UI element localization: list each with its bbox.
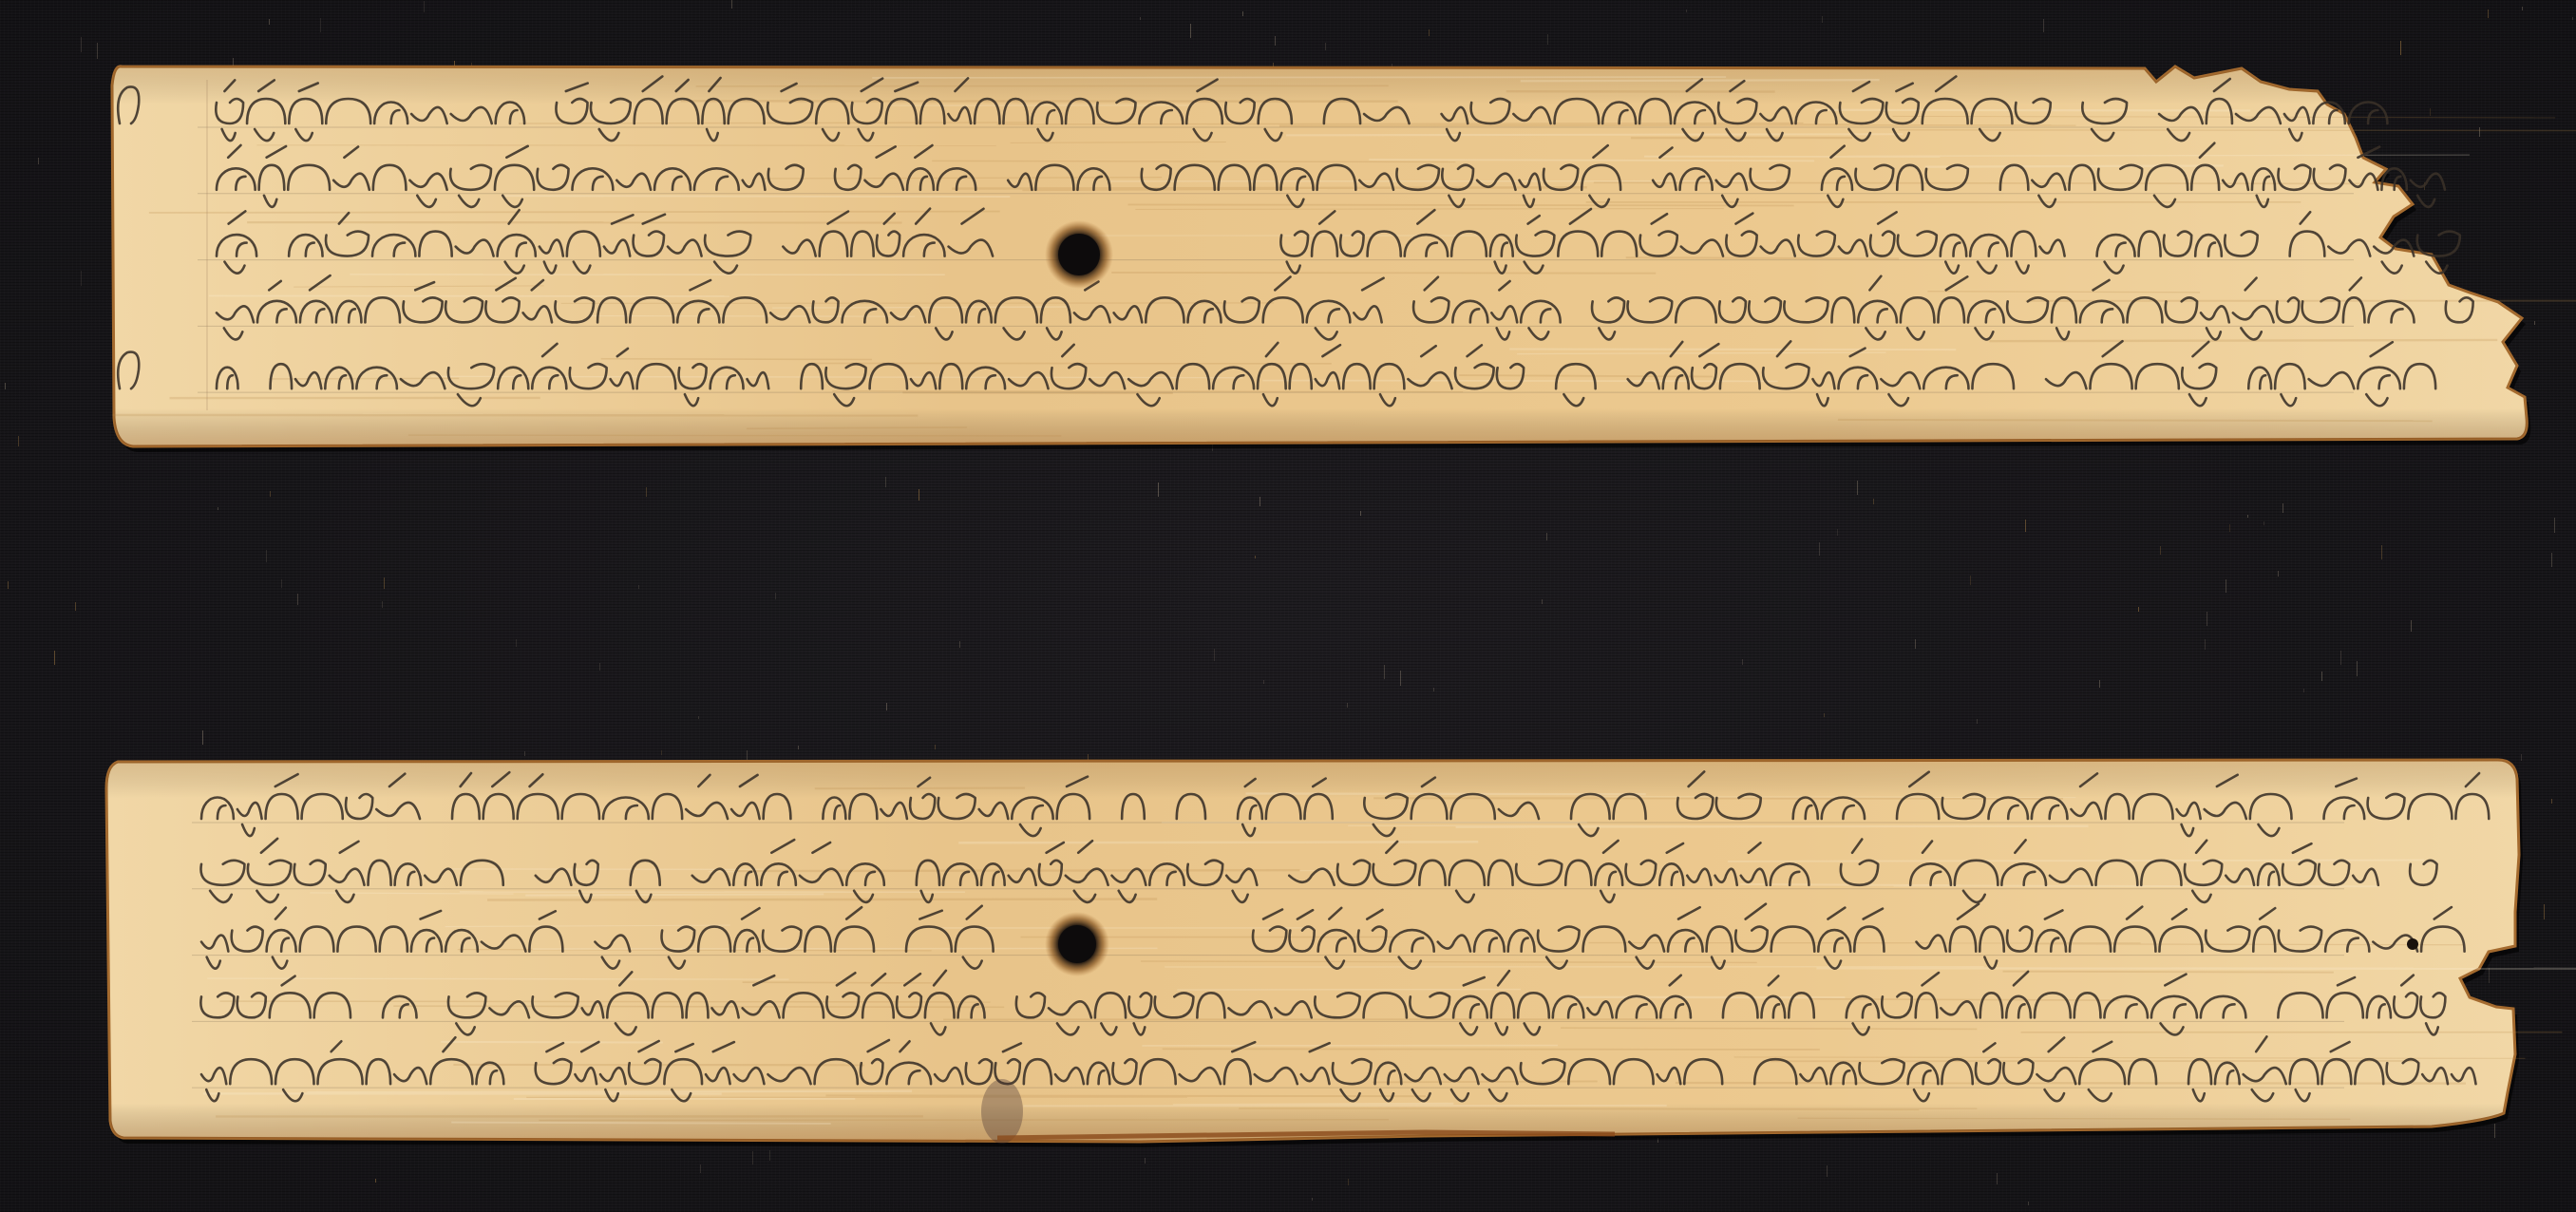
ink-stain	[981, 1079, 1023, 1144]
string-hole	[1058, 925, 1096, 963]
lower-folio-drawing	[0, 0, 2576, 1212]
cloth-background: Two palm-leaf manuscript folios on black…	[0, 0, 2576, 1212]
small-hole	[2407, 938, 2418, 950]
lower-palm-leaf-folio	[0, 0, 2576, 1212]
